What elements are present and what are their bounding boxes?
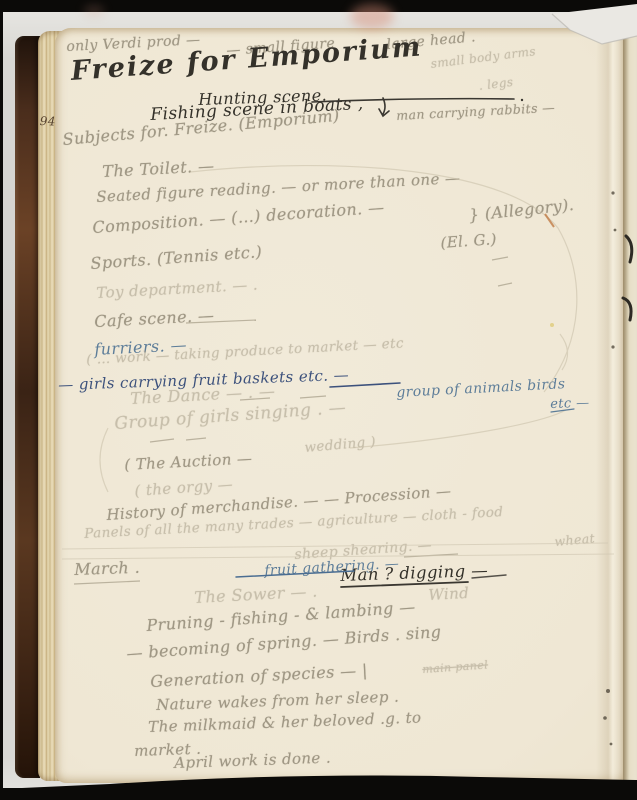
note-allegory: } (Allegory). <box>468 197 575 224</box>
note-legs: . legs <box>478 76 514 92</box>
note-group-of-animals-birds: group of animals birds <box>396 377 566 400</box>
note-man-digging: Man ? digging — <box>340 563 488 585</box>
note-the-toilet: The Toilet. — <box>102 158 215 180</box>
note-etc: etc — <box>550 397 590 411</box>
note-composition: Composition. — (…) decoration. — <box>92 200 385 236</box>
note-generation-of-species: Generation of species — | <box>150 663 368 690</box>
note-wheat: wheat <box>554 532 596 548</box>
note-march: March . <box>74 560 140 578</box>
note-main-panel: main panel <box>422 659 488 675</box>
note-el-g: (El. G.) <box>440 232 497 251</box>
note-april-work-done: April work is done . <box>174 751 331 771</box>
page-number: 94 <box>40 115 56 128</box>
note-milkmaid-beloved: The milkmaid & her beloved .g. to <box>148 710 422 735</box>
note-the-sower: The Sower — . <box>194 584 318 606</box>
note-cafe-scene: Cafe scene. — <box>94 308 215 330</box>
note-the-auction: ( The Auction — <box>124 451 253 473</box>
note-man-carrying-rabbits: man carrying rabbits — <box>396 102 555 123</box>
note-wedding: wedding ) <box>304 436 377 456</box>
handwriting-layer: only Verdi prod — — small figure large h… <box>0 0 637 800</box>
note-wind: Wind <box>428 586 470 603</box>
note-small-body-arms: small body arms <box>430 45 536 70</box>
note-toy-department: Toy department. — . <box>96 278 258 301</box>
note-sports-tennis: Sports. (Tennis etc.) <box>90 244 263 272</box>
note-the-orgy: ( the orgy — <box>134 477 234 499</box>
